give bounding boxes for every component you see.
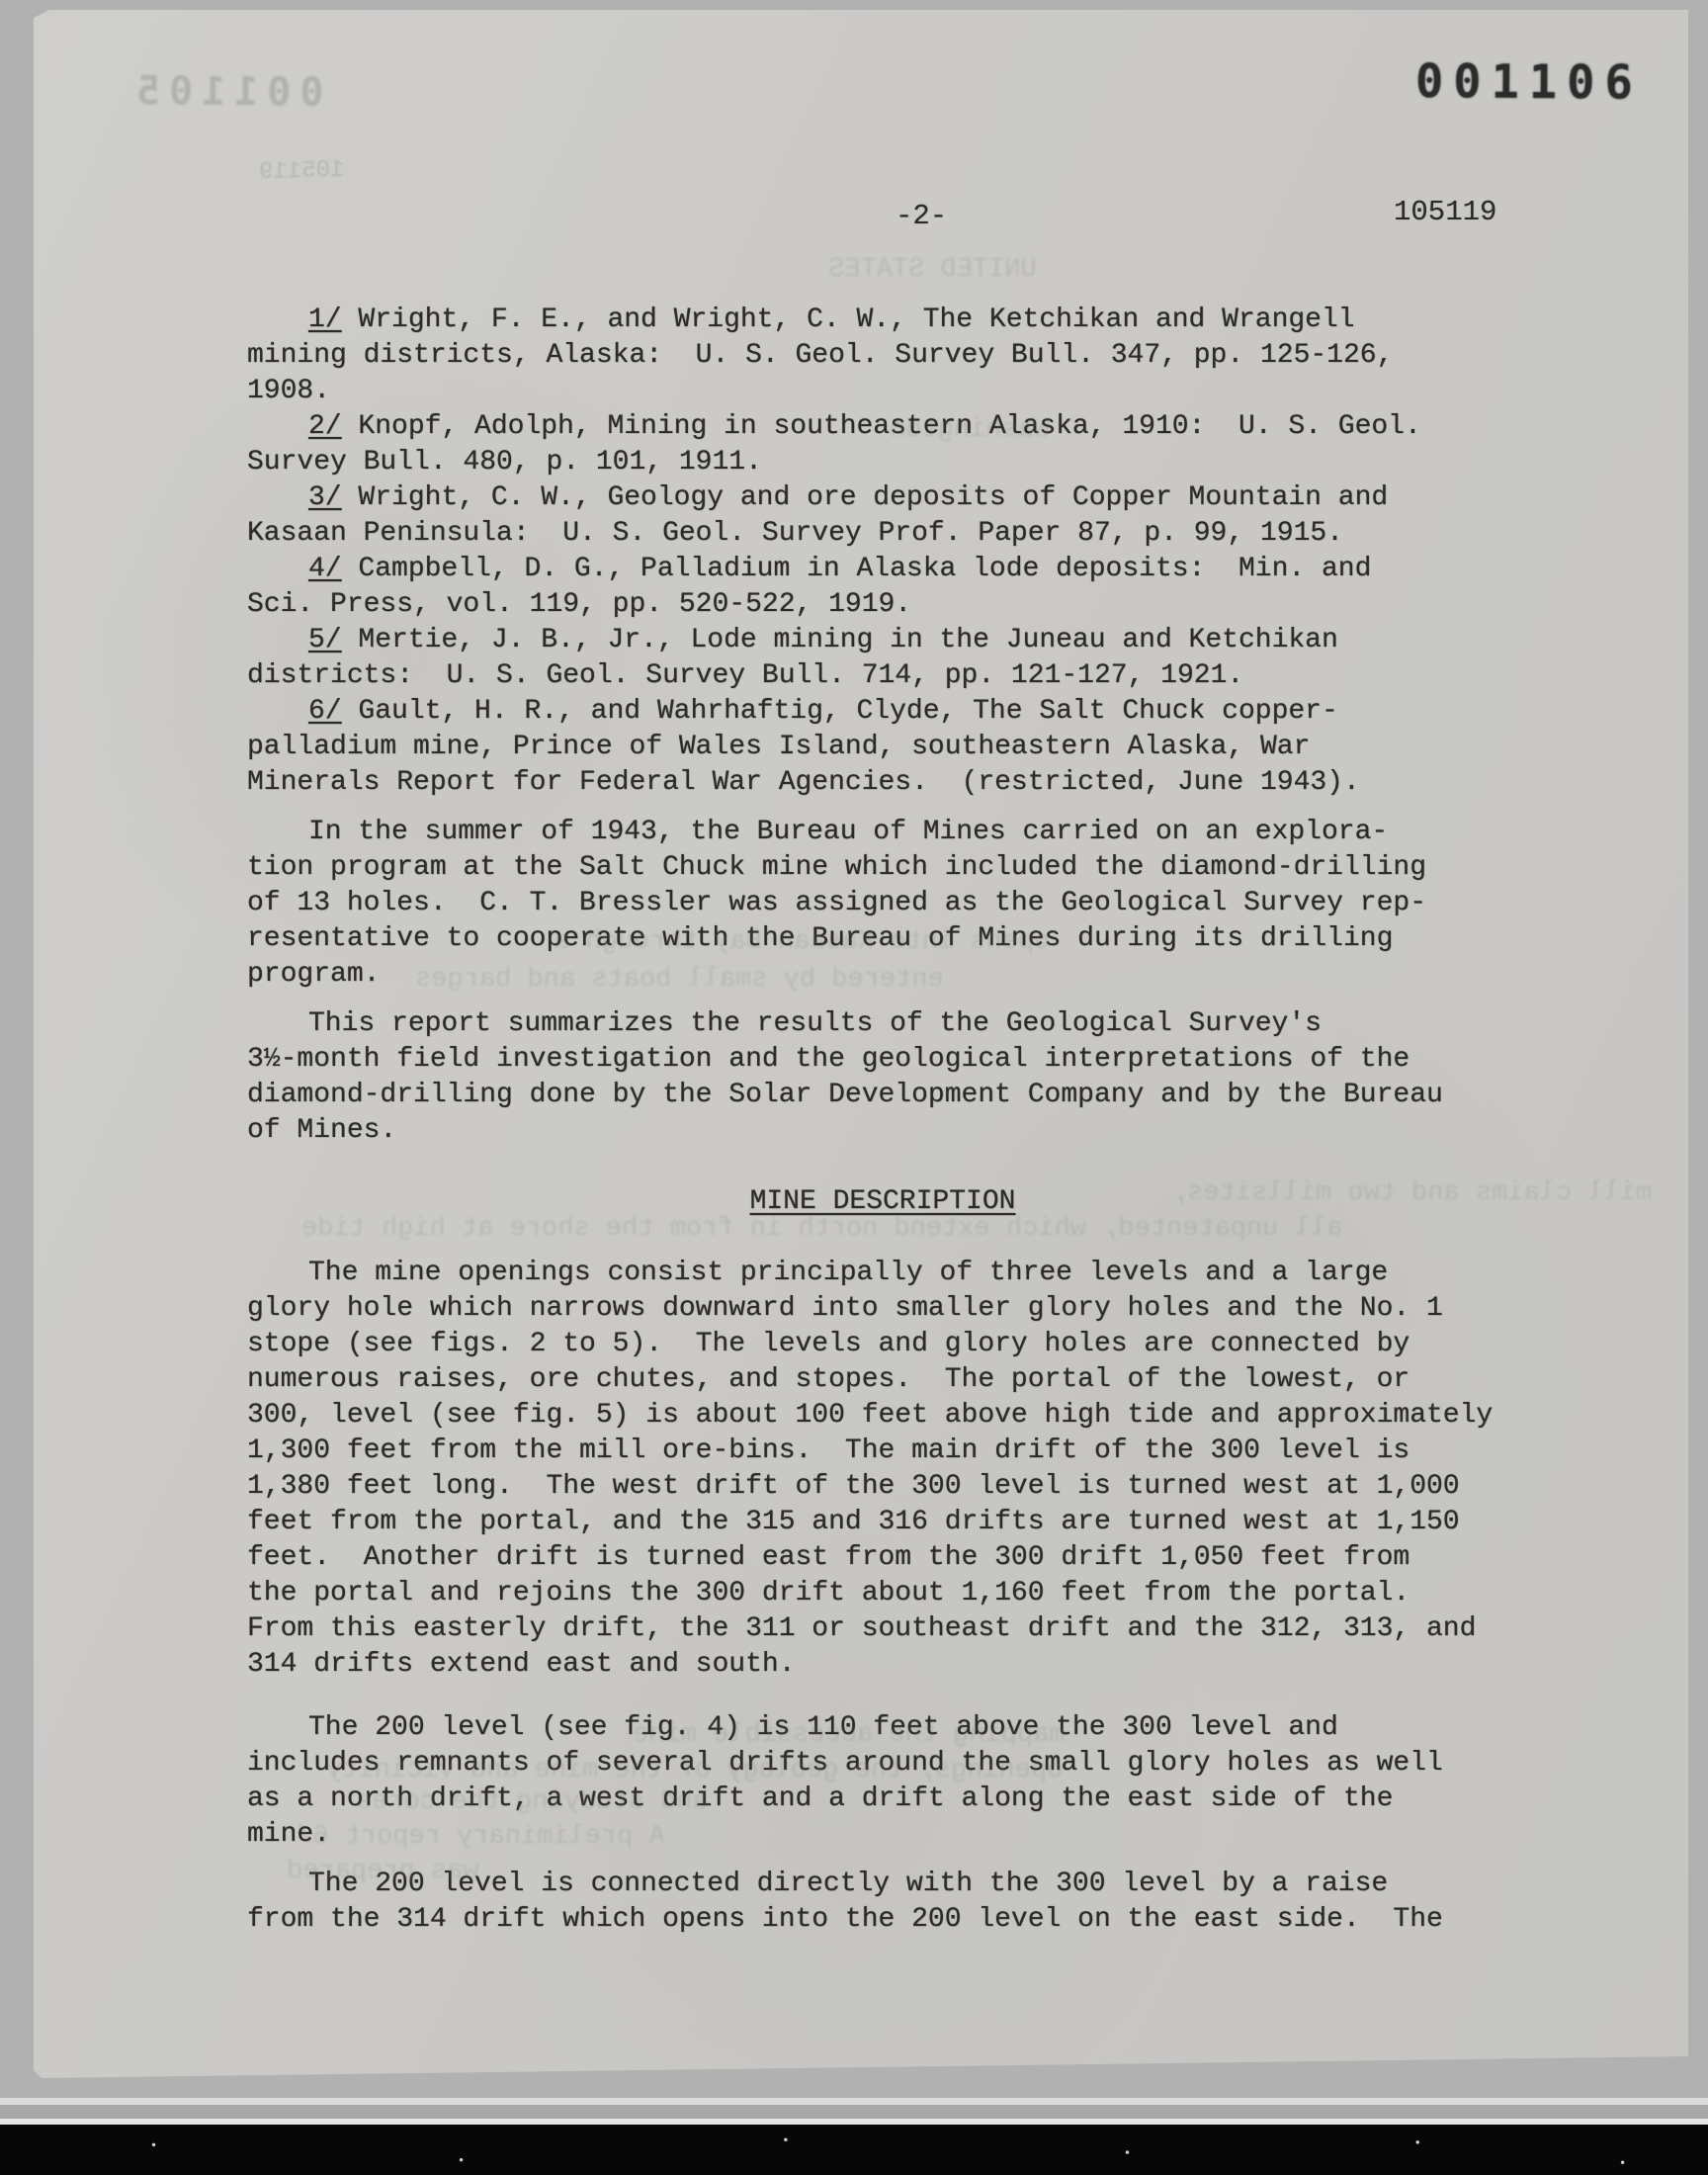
text-line: Survey Bull. 480, p. 101, 1911. <box>247 445 1518 480</box>
text-line: 4/ Campbell, D. G., Palladium in Alaska … <box>247 552 1518 587</box>
bleedthrough-text: all unpatented, which extend north in fr… <box>301 1214 1342 1244</box>
text-line: numerous raises, ore chutes, and stopes.… <box>247 1362 1518 1398</box>
text-line: 3/ Wright, C. W., Geology and ore deposi… <box>247 480 1518 516</box>
scan-edge-light-band <box>0 2098 1708 2105</box>
text-line: The mine openings consist principally of… <box>247 1256 1518 1291</box>
bleedthrough-text: and studying the cores <box>356 1787 708 1817</box>
file-number: 105119 <box>1394 196 1496 228</box>
text-line: of Mines. <box>247 1113 1518 1149</box>
footnote-marker: 3/ <box>308 482 342 513</box>
scan-edge-black-band <box>0 2125 1708 2175</box>
serial-number-stamp: 001106 <box>1415 54 1643 111</box>
text-line: 5/ Mertie, J. B., Jr., Lode mining in th… <box>247 623 1518 658</box>
bleedthrough-number: 105119 <box>259 157 345 186</box>
bleedthrough-text: mill claims and two millsites, <box>1171 1178 1652 1208</box>
footnote-marker: 2/ <box>308 411 342 442</box>
text-line: Kasaan Peninsula: U. S. Geol. Survey Pro… <box>247 516 1518 552</box>
text-line: palladium mine, Prince of Wales Island, … <box>247 730 1518 765</box>
text-line: of 13 holes. C. T. Bressler was assigned… <box>247 886 1518 921</box>
text-line: tion program at the Salt Chuck mine whic… <box>247 850 1518 886</box>
text-line: 2/ Knopf, Adolph, Mining in southeastern… <box>247 409 1518 445</box>
page-number: -2- <box>896 200 947 232</box>
bleedthrough-stamp: 001105 <box>128 68 324 116</box>
text-line: feet from the portal, and the 315 and 31… <box>247 1505 1518 1540</box>
text-line: From this easterly drift, the 311 or sou… <box>247 1611 1518 1647</box>
footnote-marker: 4/ <box>308 554 342 584</box>
footnote-marker: 6/ <box>308 696 342 727</box>
scan-edge-gray-band <box>0 2105 1708 2119</box>
bleedthrough-text: entered by small boats and barges <box>415 965 944 995</box>
text-line: 1908. <box>247 374 1518 409</box>
bleedthrough-text: was prepared <box>287 1857 478 1886</box>
bleedthrough-text: Washington <box>890 415 1050 445</box>
text-line: mining districts, Alaska: U. S. Geol. Su… <box>247 338 1518 374</box>
text-line: feet. Another drift is turned east from … <box>247 1540 1518 1576</box>
bleedthrough-text: A preliminary report 6/ <box>297 1822 665 1852</box>
text-line: 6/ Gault, H. R., and Wahrhaftig, Clyde, … <box>247 694 1518 730</box>
bleedthrough-text: UNITED STATES <box>828 255 1037 285</box>
text-line: This report summarizes the results of th… <box>247 1006 1518 1042</box>
text-line: glory hole which narrows downward into s… <box>247 1291 1518 1327</box>
text-line: 1,300 feet from the mill ore-bins. The m… <box>247 1434 1518 1469</box>
text-line: from the 314 drift which opens into the … <box>247 1902 1518 1938</box>
footnote-marker: 1/ <box>308 304 342 335</box>
footnote-marker: 5/ <box>308 625 342 655</box>
text-line: 3½-month field investigation and the geo… <box>247 1042 1518 1078</box>
text-line: stope (see figs. 2 to 5). The levels and… <box>247 1327 1518 1362</box>
document-body: 1/ Wright, F. E., and Wright, C. W., The… <box>247 303 1518 1938</box>
text-line: Minerals Report for Federal War Agencies… <box>247 765 1518 801</box>
text-line: 300, level (see fig. 5) is about 100 fee… <box>247 1398 1518 1434</box>
text-line: 314 drifts extend east and south. <box>247 1647 1518 1683</box>
text-line: diamond-drilling done by the Solar Devel… <box>247 1078 1518 1113</box>
bleedthrough-text: mapping the accessible mine <box>633 1720 1065 1750</box>
bleedthrough-text: openings, the geology of the mine and vi… <box>326 1756 1063 1785</box>
paper-sheet: 001105 105119 001106 -2- 105119 1/ Wrigh… <box>34 10 1688 2078</box>
text-line: Sci. Press, vol. 119, pp. 520-522, 1919. <box>247 587 1518 623</box>
text-line: the portal and rejoins the 300 drift abo… <box>247 1576 1518 1611</box>
text-line: 1,380 feet long. The west drift of the 3… <box>247 1469 1518 1505</box>
bleedthrough-text: opens into Kasaan Bay through a <box>554 927 1050 957</box>
text-line: In the summer of 1943, the Bureau of Min… <box>247 815 1518 850</box>
text-line: districts: U. S. Geol. Survey Bull. 714,… <box>247 658 1518 694</box>
text-line: 1/ Wright, F. E., and Wright, C. W., The… <box>247 303 1518 338</box>
